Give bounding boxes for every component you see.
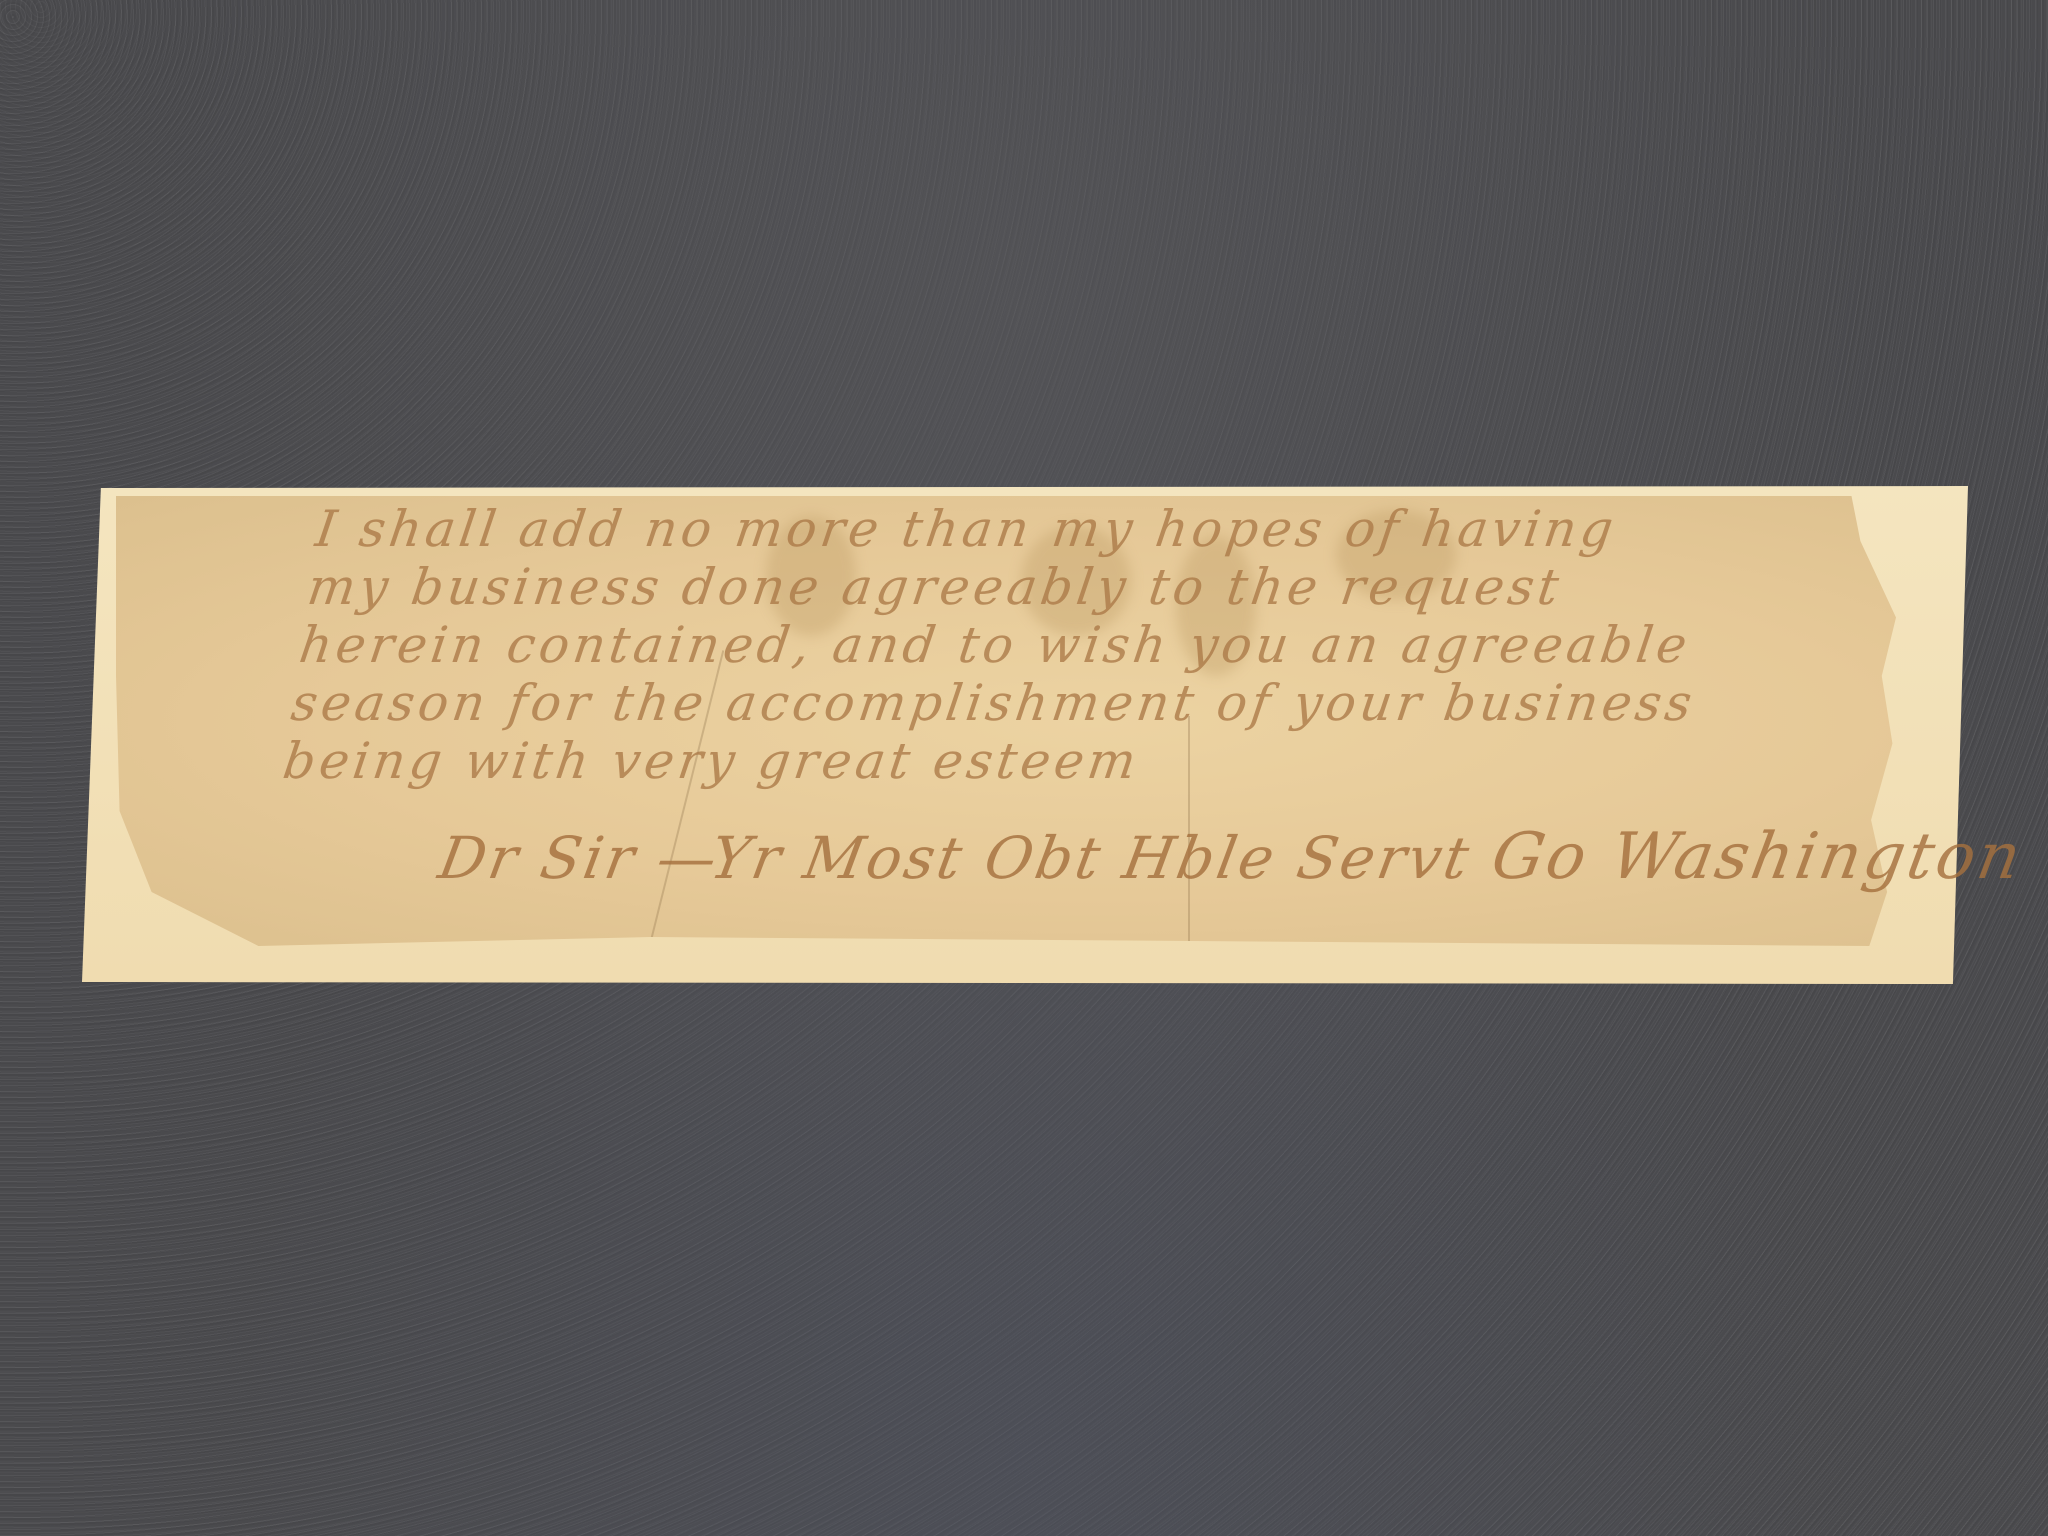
- letter-closing: Dr Sir — Yr Most Obt Hble Servt Go Washi…: [433, 820, 1926, 894]
- complimentary-close: Yr Most Obt Hble Servt: [705, 824, 1477, 892]
- letter-line: being with very great esteem: [280, 732, 1888, 790]
- letter-line: my business done agreeably to the reques…: [304, 558, 1912, 616]
- letter-line: I shall add no more than my hopes of hav…: [312, 500, 1920, 558]
- letter-line: season for the accomplishment of your bu…: [288, 674, 1896, 732]
- letter-line: herein contained, and to wish you an agr…: [296, 616, 1904, 674]
- letter-body: I shall add no more than my hopes of hav…: [280, 500, 1921, 790]
- signature: Go Washington: [1486, 820, 2029, 894]
- salutation: Dr Sir —: [434, 824, 696, 892]
